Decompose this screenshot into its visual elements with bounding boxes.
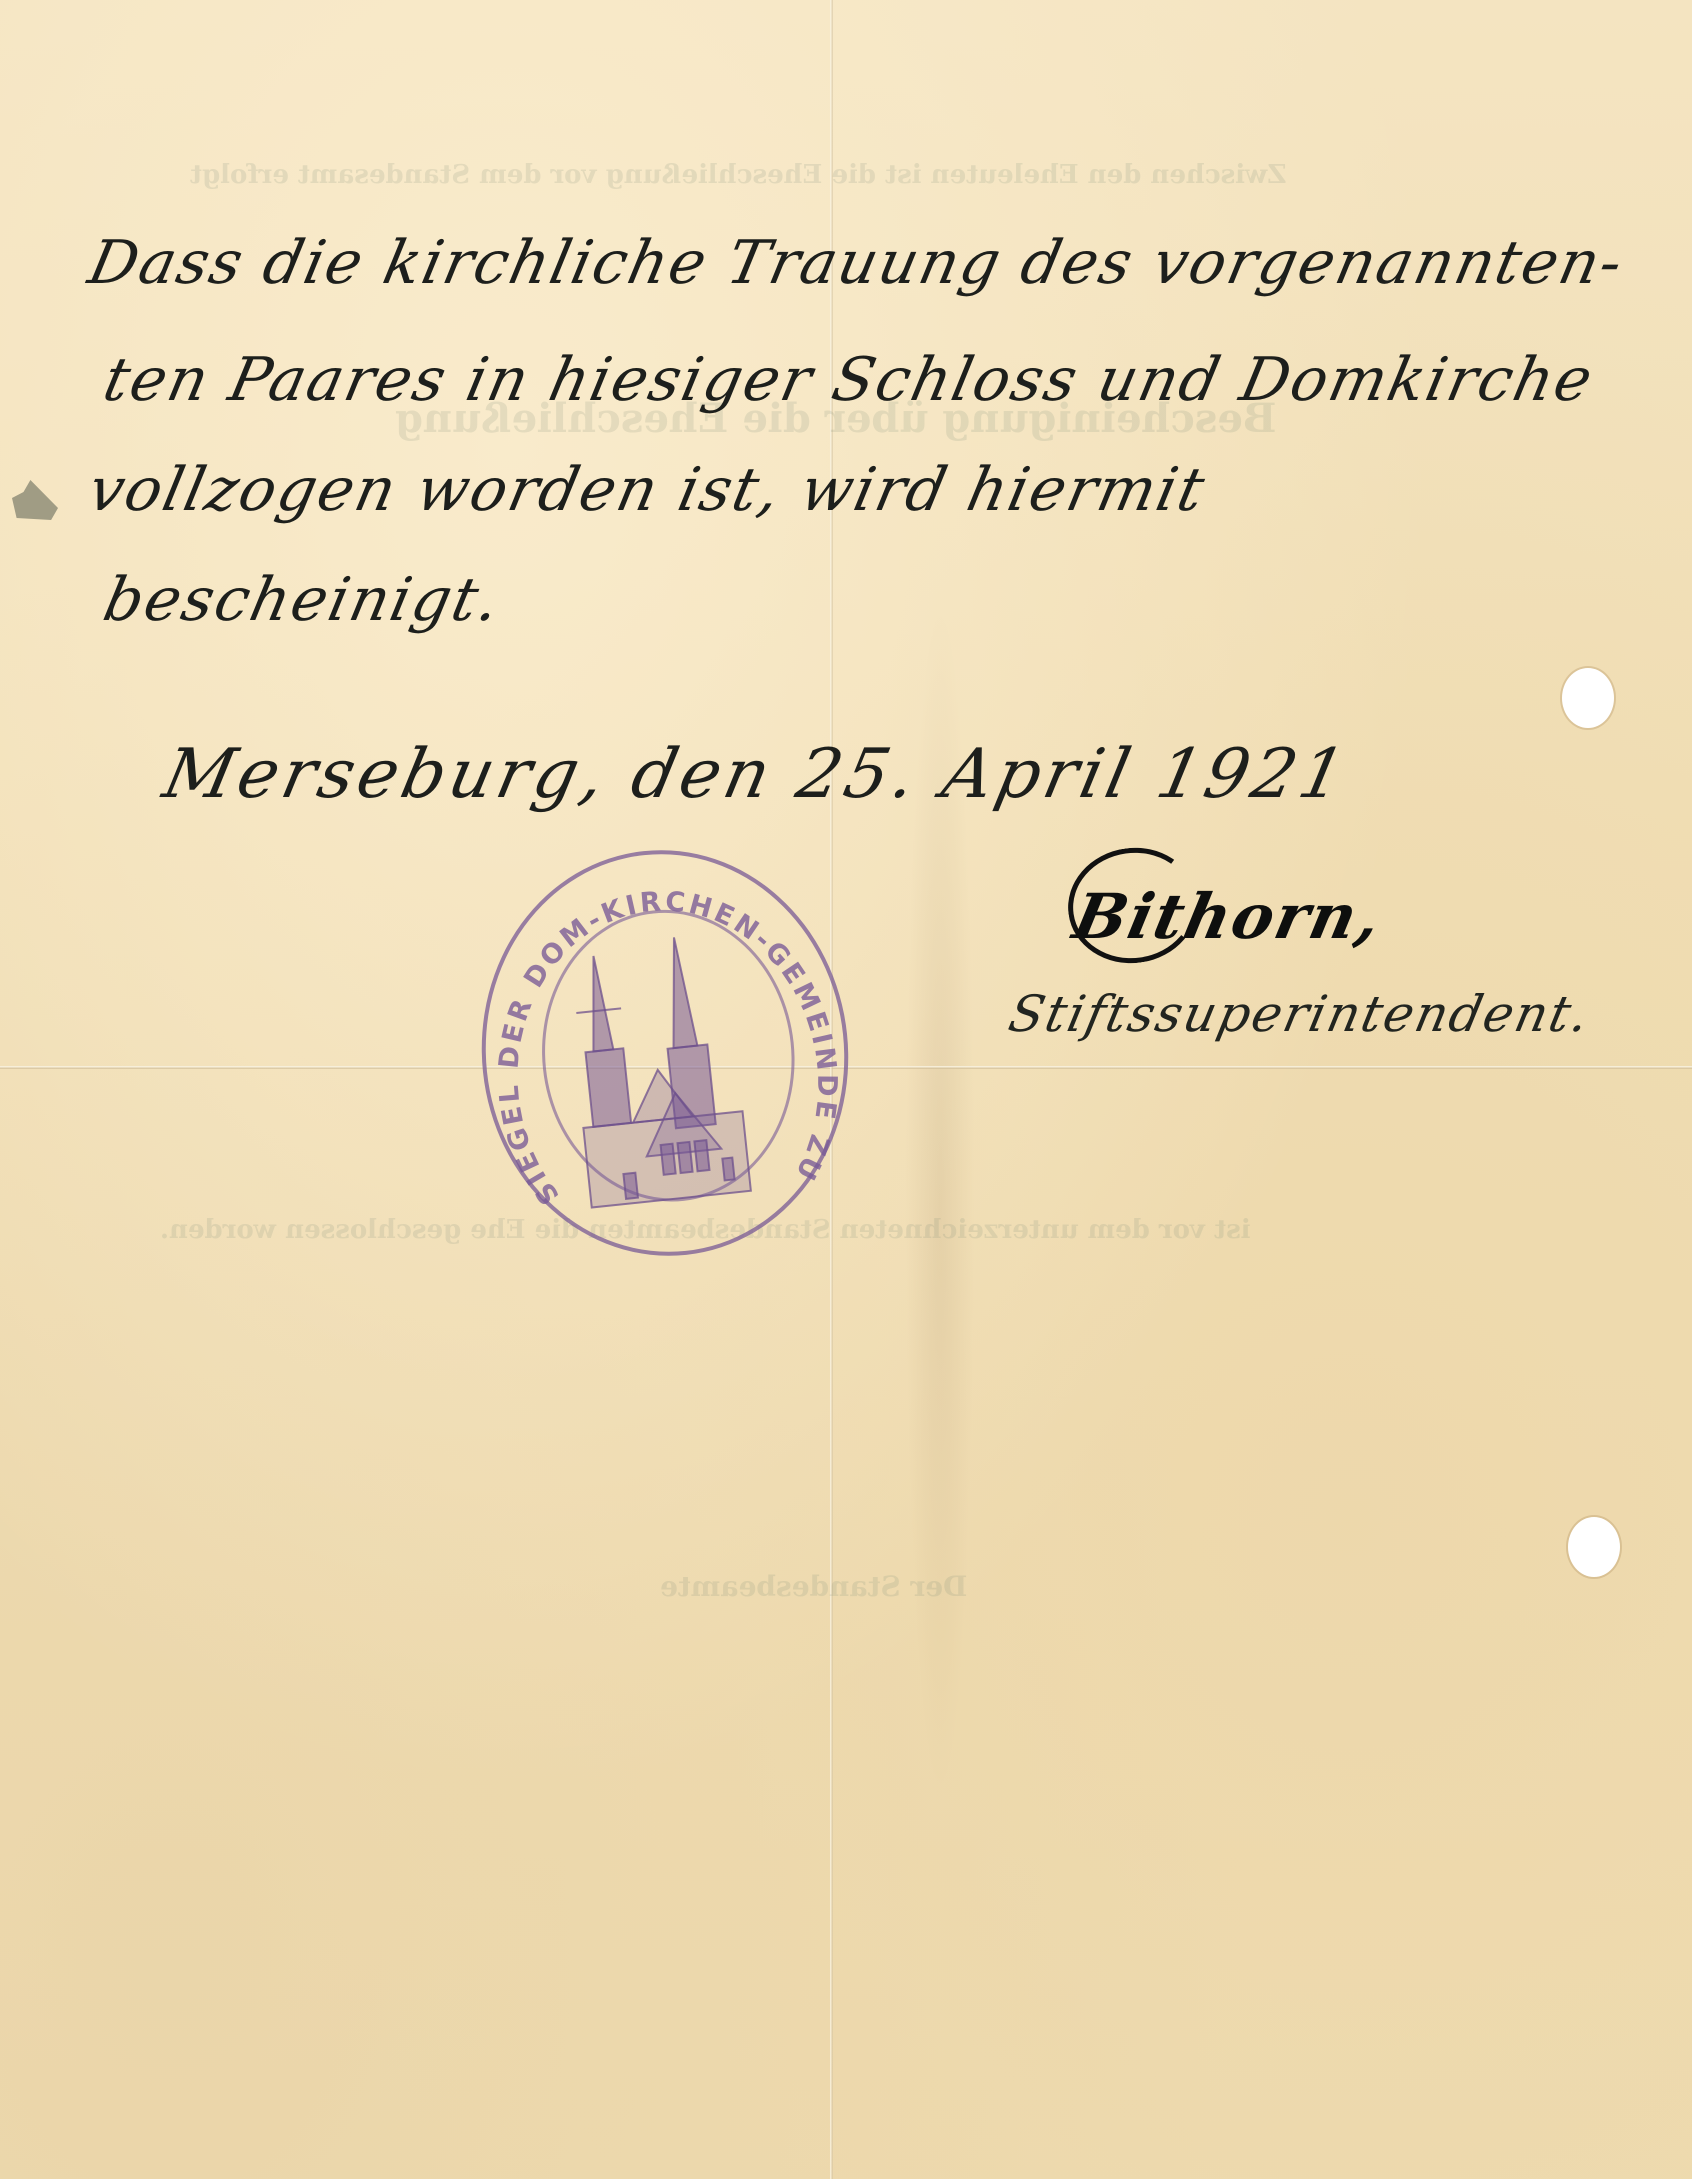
punch-hole-bottom [1568, 1517, 1620, 1577]
punch-hole-top [1562, 668, 1614, 728]
ink-blot [12, 480, 58, 520]
church-seal-stamp: SIEGEL DER DOM-KIRCHEN-GEMEINDE ZU MERSE… [462, 832, 868, 1274]
cathedral-icon [466, 836, 864, 1269]
body-line-2: ten Paares in hiesiger Schloss und Domki… [98, 345, 1601, 415]
place-and-date: Merseburg, den 25. April 1921 [157, 735, 1356, 814]
showthrough-line: Der Standesbeamte [660, 1570, 967, 1603]
signatory-title: Stiftssuperintendent. [1004, 985, 1596, 1043]
body-line-4: bescheinigt. [98, 565, 508, 635]
body-line-3: vollzogen worden ist, wird hiermit [83, 455, 1213, 525]
showthrough-line: Zwischen den Eheleuten ist die Eheschlie… [190, 160, 1286, 190]
body-line-1: Dass die kirchliche Trauung des vorgenan… [83, 228, 1631, 298]
signature-name: Bithorn, [1067, 880, 1389, 953]
document-page: Zwischen den Eheleuten ist die Eheschlie… [0, 0, 1692, 2179]
